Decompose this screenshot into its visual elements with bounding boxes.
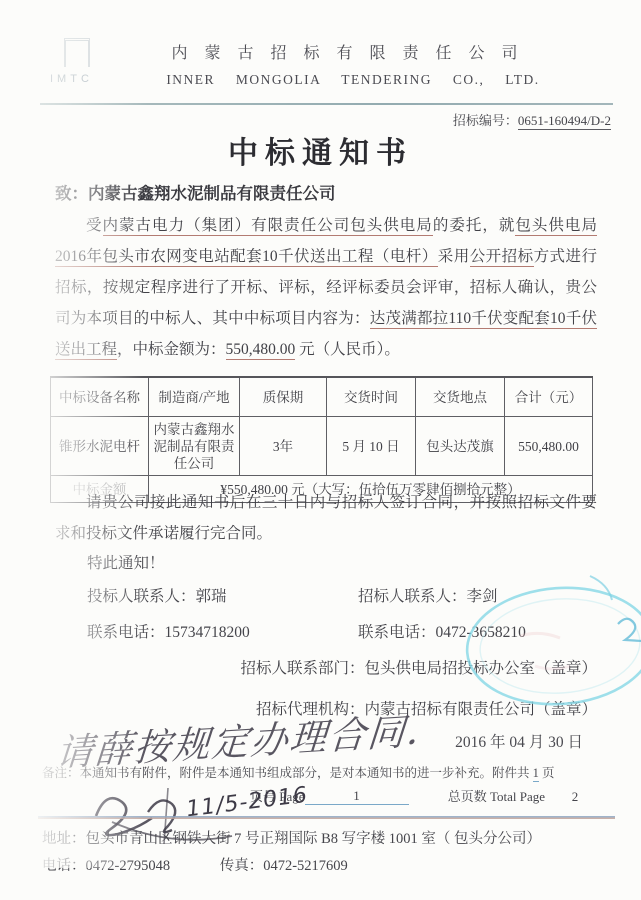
company-name-en: INNER MONGOLIA TENDERING CO., LTD.	[118, 72, 588, 88]
address-line: 地址：包头市青山区钢铁大街 7 号正翔国际 B8 写字楼 1001 室（ 包头分…	[42, 827, 615, 848]
phone-value: 电话：0472-2795048	[42, 858, 170, 874]
fax-value: 传真：0472-5217609	[220, 858, 348, 874]
company-logo: IMTC	[50, 38, 120, 96]
cell-total: 550,480.00	[505, 417, 593, 476]
logo-text: IMTC	[50, 73, 120, 85]
tenderer-contact: 招标人联系人：李剑	[358, 584, 498, 606]
col-equipment-name: 中标设备名称	[51, 377, 149, 417]
body-paragraph-2: 请贵公司接此通知书后在三十日内与招标人签订合同，并按照招标文件要求和投标文件承诺…	[55, 487, 597, 549]
company-name-cn: 内蒙古招标有限责任公司	[118, 40, 588, 63]
award-table: 中标设备名称 制造商/产地 质保期 交货时间 交货地点 合计（元） 锥形水泥电杆…	[50, 376, 593, 503]
phone-fax-line: 电话：0472-2795048 传真：0472-5217609	[42, 854, 348, 875]
col-manufacturer: 制造商/产地	[149, 377, 240, 417]
footer-divider	[38, 816, 615, 819]
col-delivery-time: 交货时间	[327, 377, 416, 417]
col-total: 合计（元）	[505, 377, 593, 417]
cell-warranty: 3年	[240, 417, 327, 476]
notice-line: 特此通知！	[87, 551, 165, 573]
tenderer-dept-line: 招标人联系部门：包头供电局招投标办公室（盖章）	[240, 656, 597, 678]
tenderer-phone: 联系电话：0472-3658210	[358, 620, 526, 642]
bidder-phone: 联系电话：15734718200	[87, 620, 250, 642]
bidder-contact: 投标人联系人：郭瑞	[87, 584, 227, 606]
header-divider	[40, 103, 613, 105]
tender-number-label: 招标编号：	[453, 113, 518, 128]
page-title: 中标通知书	[0, 128, 641, 172]
col-warranty: 质保期	[240, 377, 327, 417]
recipient-line: 致：内蒙古鑫翔水泥制品有限责任公司	[55, 180, 336, 204]
total-page-number: 2	[545, 789, 605, 805]
body-paragraph-1: 受内蒙古电力（集团）有限责任公司包头供电局的委托，就包头供电局2016年包头市农…	[55, 210, 597, 365]
remark-line: 备注：本通知书有附件，附件是本通知书组成部分，是对本通知书的进一步补充。附件共 …	[42, 763, 611, 781]
total-page-label: 总页数 Total Page	[448, 786, 545, 805]
table-row: 锥形水泥电杆 内蒙古鑫翔水泥制品有限责任公司 3年 5 月 10 日 包头达茂旗…	[51, 417, 593, 476]
tender-number: 招标编号：0651-160494/D-2	[453, 110, 611, 129]
award-notice-document: IMTC 内蒙古招标有限责任公司 INNER MONGOLIA TENDERIN…	[0, 0, 641, 900]
cell-manufacturer: 内蒙古鑫翔水泥制品有限责任公司	[149, 417, 240, 476]
table-header-row: 中标设备名称 制造商/产地 质保期 交货时间 交货地点 合计（元）	[51, 377, 593, 417]
cell-equipment-name: 锥形水泥电杆	[51, 417, 149, 476]
cell-delivery-place: 包头达茂旗	[416, 417, 505, 476]
cell-delivery-time: 5 月 10 日	[327, 417, 416, 476]
col-delivery-place: 交货地点	[416, 377, 505, 417]
logo-mark-icon	[64, 38, 90, 67]
